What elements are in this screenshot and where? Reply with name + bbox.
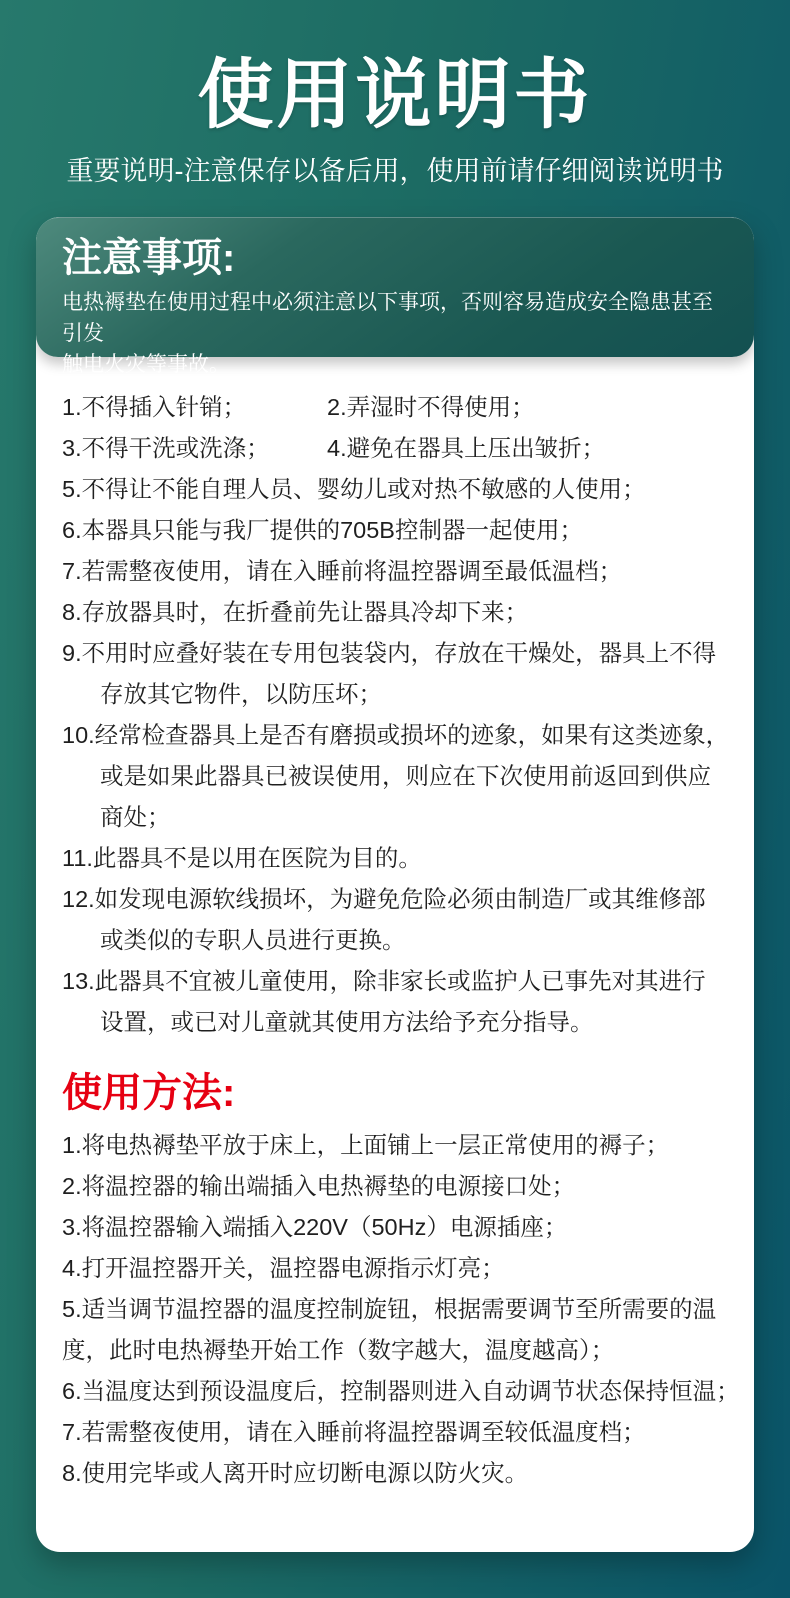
notice-item-1: 1.不得插入针销； [62, 387, 327, 428]
notice-item-6: 6.本器具只能与我厂提供的705B控制器一起使用； [62, 510, 740, 551]
usage-item-8: 8.使用完毕或人离开时应切断电源以防火灾。 [62, 1453, 740, 1494]
page-subtitle: 重要说明-注意保存以备后用，使用前请仔细阅读说明书 [10, 154, 780, 189]
notice-item-pair-3-4: 3.不得干洗或洗涤；4.避免在器具上压出皱折； [62, 428, 740, 469]
notice-item-11: 11.此器具不是以用在医院为目的。 [62, 838, 740, 879]
notice-heading: 注意事项: [62, 234, 728, 282]
notice-list: 1.不得插入针销；2.弄湿时不得使用； 3.不得干洗或洗涤；4.避免在器具上压出… [62, 387, 740, 1043]
notice-item-13: 13.此器具不宜被儿童使用，除非家长或监护人已事先对其进行 设置，或已对儿童就其… [62, 961, 740, 1043]
usage-item-4: 4.打开温控器开关，温控器电源指示灯亮； [62, 1248, 740, 1289]
usage-item-7: 7.若需整夜使用，请在入睡前将温控器调至较低温度档； [62, 1412, 740, 1453]
notice-item-4: 4.避免在器具上压出皱折； [327, 435, 605, 461]
notice-description: 电热褥垫在使用过程中必须注意以下事项，否则容易造成安全隐患甚至引发 触电火灾等事… [62, 287, 728, 380]
notice-item-10: 10.经常检查器具上是否有磨损或损坏的迹象，如果有这类迹象， 或是如果此器具已被… [62, 715, 740, 838]
notice-item-8: 8.存放器具时，在折叠前先让器具冷却下来； [62, 592, 740, 633]
page-title: 使用说明书 [0, 52, 790, 139]
usage-item-5: 5.适当调节温控器的温度控制旋钮，根据需要调节至所需要的温 度，此时电热褥垫开始… [62, 1289, 740, 1371]
usage-item-2: 2.将温控器的输出端插入电热褥垫的电源接口处； [62, 1166, 740, 1207]
usage-heading: 使用方法: [62, 1069, 740, 1117]
notice-item-9: 9.不用时应叠好装在专用包装袋内，存放在干燥处，器具上不得 存放其它物件，以防压… [62, 633, 740, 715]
manual-card-body: 1.不得插入针销；2.弄湿时不得使用； 3.不得干洗或洗涤；4.避免在器具上压出… [36, 357, 754, 1494]
manual-card: 注意事项: 电热褥垫在使用过程中必须注意以下事项，否则容易造成安全隐患甚至引发 … [36, 217, 754, 1552]
instruction-manual-page: 使用说明书 重要说明-注意保存以备后用，使用前请仔细阅读说明书 注意事项: 电热… [0, 0, 790, 1598]
usage-item-6: 6.当温度达到预设温度后，控制器则进入自动调节状态保持恒温； [62, 1371, 740, 1412]
notice-item-12: 12.如发现电源软线损坏，为避免危险必须由制造厂或其维修部 或类似的专职人员进行… [62, 879, 740, 961]
notice-item-5: 5.不得让不能自理人员、婴幼儿或对热不敏感的人使用； [62, 469, 740, 510]
usage-item-1: 1.将电热褥垫平放于床上，上面铺上一层正常使用的褥子； [62, 1125, 740, 1166]
notice-header-panel: 注意事项: 电热褥垫在使用过程中必须注意以下事项，否则容易造成安全隐患甚至引发 … [36, 217, 754, 357]
usage-list: 1.将电热褥垫平放于床上，上面铺上一层正常使用的褥子； 2.将温控器的输出端插入… [62, 1125, 740, 1494]
notice-item-2: 2.弄湿时不得使用； [327, 394, 535, 420]
notice-item-pair-1-2: 1.不得插入针销；2.弄湿时不得使用； [62, 387, 740, 428]
notice-item-7: 7.若需整夜使用，请在入睡前将温控器调至最低温档； [62, 551, 740, 592]
notice-item-3: 3.不得干洗或洗涤； [62, 428, 327, 469]
usage-item-3: 3.将温控器输入端插入220V（50Hz）电源插座； [62, 1207, 740, 1248]
